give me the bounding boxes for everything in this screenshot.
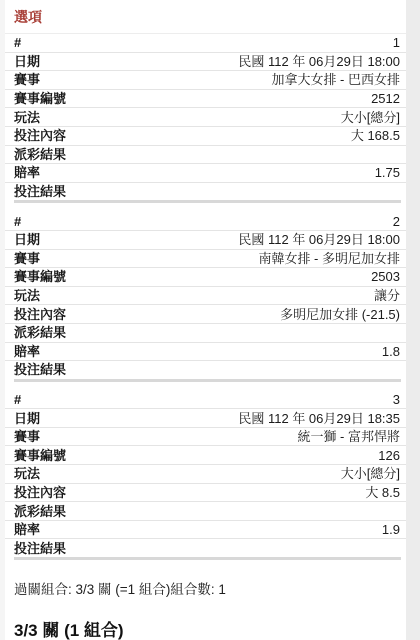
field-row: 派彩結果 bbox=[5, 502, 406, 521]
field-value: 3 bbox=[393, 393, 400, 406]
field-label: 派彩結果 bbox=[14, 326, 66, 339]
section-separator bbox=[14, 557, 401, 560]
field-row: 玩法 大小[總分] bbox=[5, 108, 406, 127]
field-value: 2 bbox=[393, 215, 400, 228]
field-value: 2512 bbox=[371, 92, 400, 105]
field-label: 玩法 bbox=[14, 289, 40, 302]
field-value: 1.75 bbox=[375, 166, 400, 179]
field-row: 玩法 大小[總分] bbox=[5, 465, 406, 484]
field-row: 投注內容 多明尼加女排 (-21.5) bbox=[5, 305, 406, 324]
field-row: 日期 民國 112 年 06月29日 18:00 bbox=[5, 231, 406, 250]
field-row: 玩法 讓分 bbox=[5, 287, 406, 306]
field-value: 126 bbox=[378, 449, 400, 462]
field-label: 賠率 bbox=[14, 345, 40, 358]
field-label: 賽事 bbox=[14, 73, 40, 86]
field-row: 賠率 1.9 bbox=[5, 521, 406, 540]
selection-section: # 2 日期 民國 112 年 06月29日 18:00 賽事 南韓女排 - 多… bbox=[5, 212, 406, 381]
field-label: 玩法 bbox=[14, 467, 40, 480]
field-value: 2503 bbox=[371, 270, 400, 283]
section-separator bbox=[14, 200, 401, 203]
field-row: 派彩結果 bbox=[5, 324, 406, 343]
field-value: 統一獅 - 富邦悍將 bbox=[297, 430, 400, 443]
field-label: 投注結果 bbox=[14, 542, 66, 555]
field-value: 多明尼加女排 (-21.5) bbox=[280, 308, 400, 321]
field-value: 1.9 bbox=[382, 523, 400, 536]
field-row: 投注內容 大 8.5 bbox=[5, 484, 406, 503]
section-rows: # 2 日期 民國 112 年 06月29日 18:00 賽事 南韓女排 - 多… bbox=[5, 212, 406, 378]
field-label: 賠率 bbox=[14, 166, 40, 179]
parlay-combination-summary: 3/3 關 (1 組合) bbox=[5, 598, 406, 640]
field-value: 加拿大女排 - 巴西女排 bbox=[271, 73, 400, 86]
field-row: 日期 民國 112 年 06月29日 18:35 bbox=[5, 409, 406, 428]
field-label: 日期 bbox=[14, 55, 40, 68]
field-value: 大 8.5 bbox=[365, 486, 400, 499]
field-label: 賽事 bbox=[14, 430, 40, 443]
section-rows: # 1 日期 民國 112 年 06月29日 18:00 賽事 加拿大女排 - … bbox=[5, 34, 406, 200]
field-value: 讓分 bbox=[374, 289, 400, 302]
field-value: 大 168.5 bbox=[351, 129, 400, 142]
field-label: # bbox=[14, 215, 21, 228]
selection-section: # 1 日期 民國 112 年 06月29日 18:00 賽事 加拿大女排 - … bbox=[5, 34, 406, 203]
section-rows: # 3 日期 民國 112 年 06月29日 18:35 賽事 統一獅 - 富邦… bbox=[5, 391, 406, 557]
field-label: 賽事編號 bbox=[14, 449, 66, 462]
field-label: # bbox=[14, 36, 21, 49]
field-label: 玩法 bbox=[14, 111, 40, 124]
field-value: 1.8 bbox=[382, 345, 400, 358]
field-label: 賽事 bbox=[14, 252, 40, 265]
parlay-combination-line: 過關組合: 3/3 關 (=1 組合)組合數: 1 bbox=[5, 569, 406, 598]
field-label: 賽事編號 bbox=[14, 270, 66, 283]
right-gutter bbox=[406, 0, 420, 640]
field-row: 投注結果 bbox=[5, 539, 406, 557]
field-value: 大小[總分] bbox=[341, 111, 400, 124]
page-title: 選項 bbox=[5, 0, 406, 34]
field-row: 投注內容 大 168.5 bbox=[5, 127, 406, 146]
selections-list: # 1 日期 民國 112 年 06月29日 18:00 賽事 加拿大女排 - … bbox=[5, 34, 406, 560]
field-row: 賽事 南韓女排 - 多明尼加女排 bbox=[5, 250, 406, 269]
field-row: 日期 民國 112 年 06月29日 18:00 bbox=[5, 53, 406, 72]
field-value: 大小[總分] bbox=[341, 467, 400, 480]
field-value: 南韓女排 - 多明尼加女排 bbox=[258, 252, 400, 265]
field-label: 投注結果 bbox=[14, 185, 66, 198]
bet-detail-panel: 選項 # 1 日期 民國 112 年 06月29日 18:00 賽事 加拿大女排… bbox=[5, 0, 406, 640]
field-row: 賠率 1.8 bbox=[5, 343, 406, 362]
field-row: 派彩結果 bbox=[5, 146, 406, 165]
field-label: 賠率 bbox=[14, 523, 40, 536]
field-label: 派彩結果 bbox=[14, 505, 66, 518]
field-row: 賽事 加拿大女排 - 巴西女排 bbox=[5, 71, 406, 90]
field-row: # 3 bbox=[5, 391, 406, 410]
field-label: # bbox=[14, 393, 21, 406]
field-label: 投注結果 bbox=[14, 363, 66, 376]
field-row: 賽事編號 126 bbox=[5, 446, 406, 465]
field-label: 投注內容 bbox=[14, 129, 66, 142]
field-value: 民國 112 年 06月29日 18:00 bbox=[238, 55, 400, 68]
field-value: 民國 112 年 06月29日 18:35 bbox=[238, 412, 400, 425]
field-value: 1 bbox=[393, 36, 400, 49]
field-row: 投注結果 bbox=[5, 361, 406, 379]
field-value: 民國 112 年 06月29日 18:00 bbox=[238, 233, 400, 246]
field-label: 日期 bbox=[14, 233, 40, 246]
field-label: 投注內容 bbox=[14, 486, 66, 499]
field-row: 賽事 統一獅 - 富邦悍將 bbox=[5, 428, 406, 447]
field-row: # 1 bbox=[5, 34, 406, 53]
section-separator bbox=[14, 379, 401, 382]
field-row: 賽事編號 2512 bbox=[5, 90, 406, 109]
selection-section: # 3 日期 民國 112 年 06月29日 18:35 賽事 統一獅 - 富邦… bbox=[5, 391, 406, 560]
field-label: 派彩結果 bbox=[14, 148, 66, 161]
field-row: 賽事編號 2503 bbox=[5, 268, 406, 287]
field-row: 賠率 1.75 bbox=[5, 164, 406, 183]
field-label: 日期 bbox=[14, 412, 40, 425]
field-label: 賽事編號 bbox=[14, 92, 66, 105]
field-row: # 2 bbox=[5, 212, 406, 231]
field-label: 投注內容 bbox=[14, 308, 66, 321]
field-row: 投注結果 bbox=[5, 183, 406, 201]
